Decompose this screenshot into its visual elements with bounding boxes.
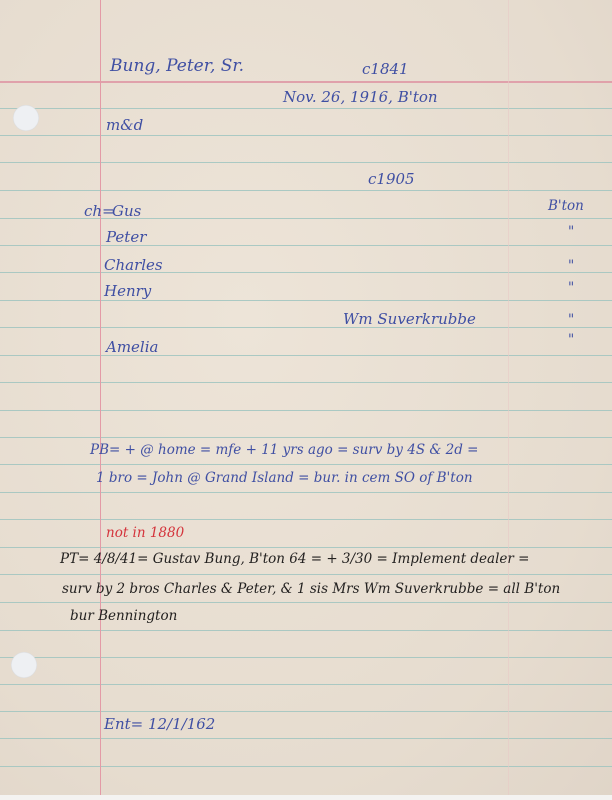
pt-note-line-2: surv by 2 bros Charles & Peter, & 1 sis … — [62, 583, 560, 597]
married-year: c1905 — [368, 172, 415, 187]
notebook-page: Bung, Peter, Sr. c1841 Nov. 26, 1916, B'… — [0, 0, 612, 795]
child-location: " — [568, 334, 574, 348]
children-prefix: ch= — [84, 204, 115, 219]
left-margin-line — [100, 0, 101, 795]
rule-line — [0, 327, 612, 328]
child-location: " — [568, 226, 574, 240]
child-location: " — [568, 260, 574, 274]
location-header: B'ton — [548, 200, 584, 214]
census-note: not in 1880 — [106, 527, 184, 541]
rule-line — [0, 410, 612, 411]
rule-line — [0, 272, 612, 273]
rule-line — [0, 135, 612, 136]
rule-line — [0, 519, 612, 520]
rule-line — [0, 355, 612, 356]
rule-line — [0, 162, 612, 163]
child-name: Charles — [104, 258, 163, 273]
rule-line — [0, 547, 612, 548]
rule-line — [0, 738, 612, 739]
rule-line — [0, 437, 612, 438]
pt-note-line-1: PT= 4/8/41= Gustav Bung, B'ton 64 = + 3/… — [60, 553, 529, 567]
child-name: Peter — [106, 230, 146, 245]
child-spouse: Wm Suverkrubbe — [343, 312, 476, 327]
death-date: Nov. 26, 1916, B'ton — [283, 90, 438, 105]
entry-date: Ent= 12/1/162 — [104, 717, 215, 732]
rule-line — [0, 245, 612, 246]
rule-line — [0, 766, 612, 767]
rule-line — [0, 630, 612, 631]
rule-line — [0, 464, 612, 465]
pb-note-line-1: PB= + @ home = mfe + 11 yrs ago = surv b… — [90, 444, 479, 458]
married-label: m&d — [106, 118, 143, 133]
child-location: " — [568, 282, 574, 296]
child-location: " — [568, 314, 574, 328]
birth-date: c1841 — [362, 62, 409, 77]
child-name: Gus — [112, 204, 141, 219]
rule-line — [0, 108, 612, 109]
binder-hole-top — [13, 105, 39, 131]
rule-line — [0, 711, 612, 712]
pt-note-line-3: bur Bennington — [70, 610, 177, 624]
right-margin-line — [508, 0, 509, 795]
binder-hole-bottom — [11, 652, 37, 678]
rule-line — [0, 574, 612, 575]
person-name: Bung, Peter, Sr. — [110, 58, 244, 75]
header-rule-line — [0, 81, 612, 83]
rule-line — [0, 300, 612, 301]
rule-line — [0, 657, 612, 658]
child-name: Amelia — [106, 340, 158, 355]
rule-line — [0, 602, 612, 603]
child-name: Henry — [104, 284, 151, 299]
rule-line — [0, 382, 612, 383]
rule-line — [0, 684, 612, 685]
rule-line — [0, 492, 612, 493]
scan-border — [0, 795, 612, 800]
pb-note-line-2: 1 bro = John @ Grand Island = bur. in ce… — [96, 472, 473, 486]
rule-line — [0, 190, 612, 191]
